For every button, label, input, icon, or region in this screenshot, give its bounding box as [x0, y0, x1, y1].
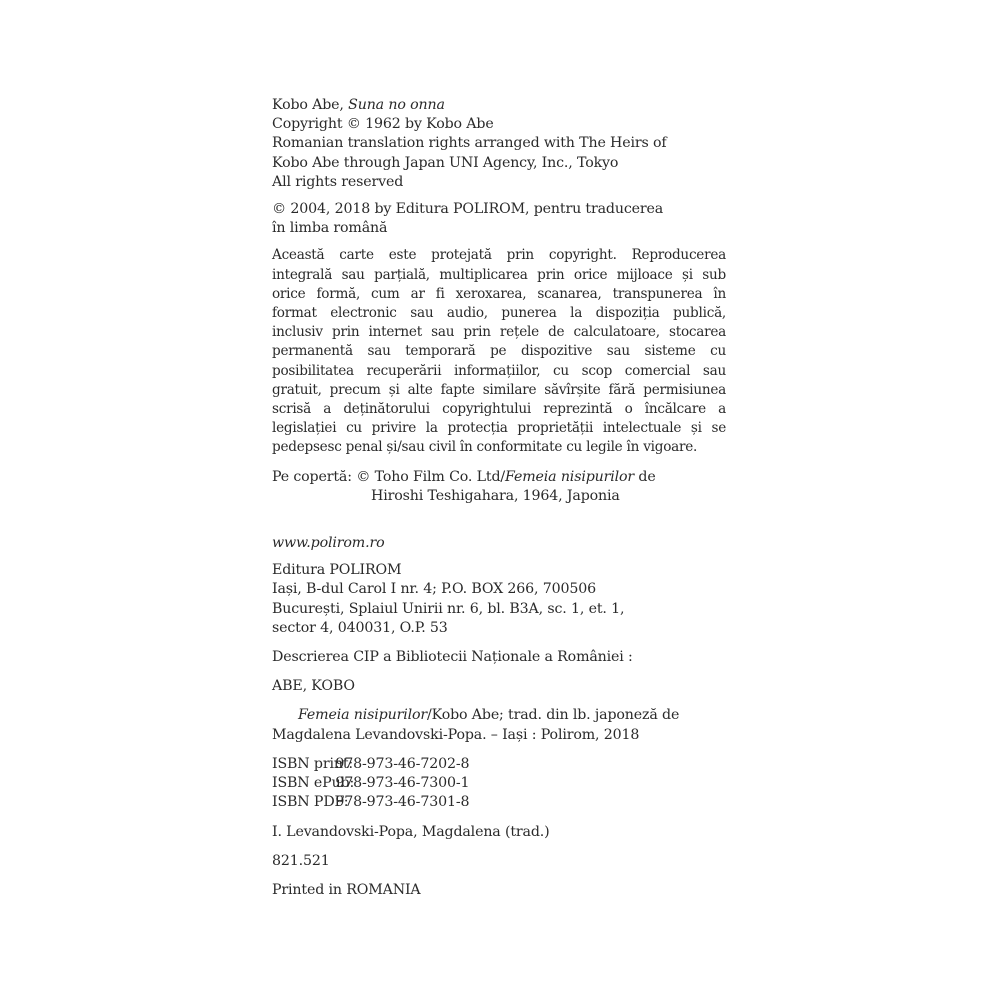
- original-title: Suna no onna: [348, 97, 445, 113]
- copyright-page: Kobo Abe, Suna no onna Copyright © 1962 …: [272, 96, 726, 900]
- cip-entry-line-2: Magdalena Levandovski-Popa. – Iași : Pol…: [272, 726, 726, 745]
- legal-notice-line: pedepsesc penal și/sau civil în conformi…: [272, 438, 726, 457]
- legal-notice: Această carte este protejată prin copyri…: [272, 246, 726, 457]
- translation-copyright-block: © 2004, 2018 by Editura POLIROM, pentru …: [272, 200, 726, 238]
- cip-block: Descrierea CIP a Bibliotecii Naționale a…: [272, 648, 726, 900]
- publisher-address-3: sector 4, 040031, O.P. 53: [272, 619, 726, 638]
- printed-in: Printed in ROMANIA: [272, 881, 726, 900]
- publisher-address-1: Iași, B-dul Carol I nr. 4; P.O. BOX 266,…: [272, 580, 726, 599]
- legal-notice-line: permanentă sau temporară pe dispozitive …: [272, 342, 726, 361]
- cip-title: Femeia nisipurilor: [298, 707, 427, 723]
- cover-credit-line-2: Hiroshi Teshigahara, 1964, Japonia: [272, 487, 726, 506]
- isbn-epub: ISBN ePub: 978-973-46-7300-1: [272, 774, 726, 793]
- all-rights-reserved: All rights reserved: [272, 173, 726, 192]
- isbn-pdf: ISBN PDF: 978-973-46-7301-8: [272, 793, 726, 812]
- cip-entry-line-1: Femeia nisipurilor/Kobo Abe; trad. din l…: [272, 706, 726, 725]
- film-title: Femeia nisipurilor: [505, 469, 634, 485]
- legal-notice-line: scrisă a deținătorului copyrightului rep…: [272, 400, 726, 419]
- legal-notice-line: orice formă, cum ar fi xeroxarea, scanar…: [272, 285, 726, 304]
- original-copyright-line: Copyright © 1962 by Kobo Abe: [272, 115, 726, 134]
- rights-line-2: Kobo Abe through Japan UNI Agency, Inc.,…: [272, 154, 726, 173]
- cip-translator: I. Levandovski-Popa, Magdalena (trad.): [272, 823, 726, 842]
- cip-classification: 821.521: [272, 852, 726, 871]
- publisher-block: www.polirom.ro Editura POLIROM Iași, B-d…: [272, 534, 726, 638]
- legal-notice-line: inclusiv prin internet sau prin rețele d…: [272, 323, 726, 342]
- legal-notice-line: integrală sau parțială, multiplicarea pr…: [272, 266, 726, 285]
- cip-author: ABE, KOBO: [272, 677, 726, 696]
- publisher-website[interactable]: www.polirom.ro: [272, 534, 726, 553]
- cover-credit-line-1: Pe copertă: © Toho Film Co. Ltd/Femeia n…: [272, 468, 726, 487]
- translation-copyright-line-1: © 2004, 2018 by Editura POLIROM, pentru …: [272, 200, 726, 219]
- cover-credit: Pe copertă: © Toho Film Co. Ltd/Femeia n…: [272, 468, 726, 506]
- cip-heading: Descrierea CIP a Bibliotecii Naționale a…: [272, 648, 726, 667]
- isbn-print: ISBN print: 978-973-46-7202-8: [272, 755, 726, 774]
- legal-notice-line: Această carte este protejată prin copyri…: [272, 246, 726, 265]
- publisher-name: Editura POLIROM: [272, 561, 726, 580]
- legal-notice-line: format electronic sau audio, punerea la …: [272, 304, 726, 323]
- legal-notice-line: posibilitatea recuperării informațiilor,…: [272, 362, 726, 381]
- legal-notice-line: legislației cu privire la protecția prop…: [272, 419, 726, 438]
- original-rights-block: Kobo Abe, Suna no onna Copyright © 1962 …: [272, 96, 726, 192]
- translation-copyright-line-2: în limba română: [272, 219, 726, 238]
- legal-notice-line: gratuit, precum și alte fapte similare s…: [272, 381, 726, 400]
- publisher-address-2: București, Splaiul Unirii nr. 6, bl. B3A…: [272, 600, 726, 619]
- rights-line-1: Romanian translation rights arranged wit…: [272, 134, 726, 153]
- original-title-line: Kobo Abe, Suna no onna: [272, 96, 726, 115]
